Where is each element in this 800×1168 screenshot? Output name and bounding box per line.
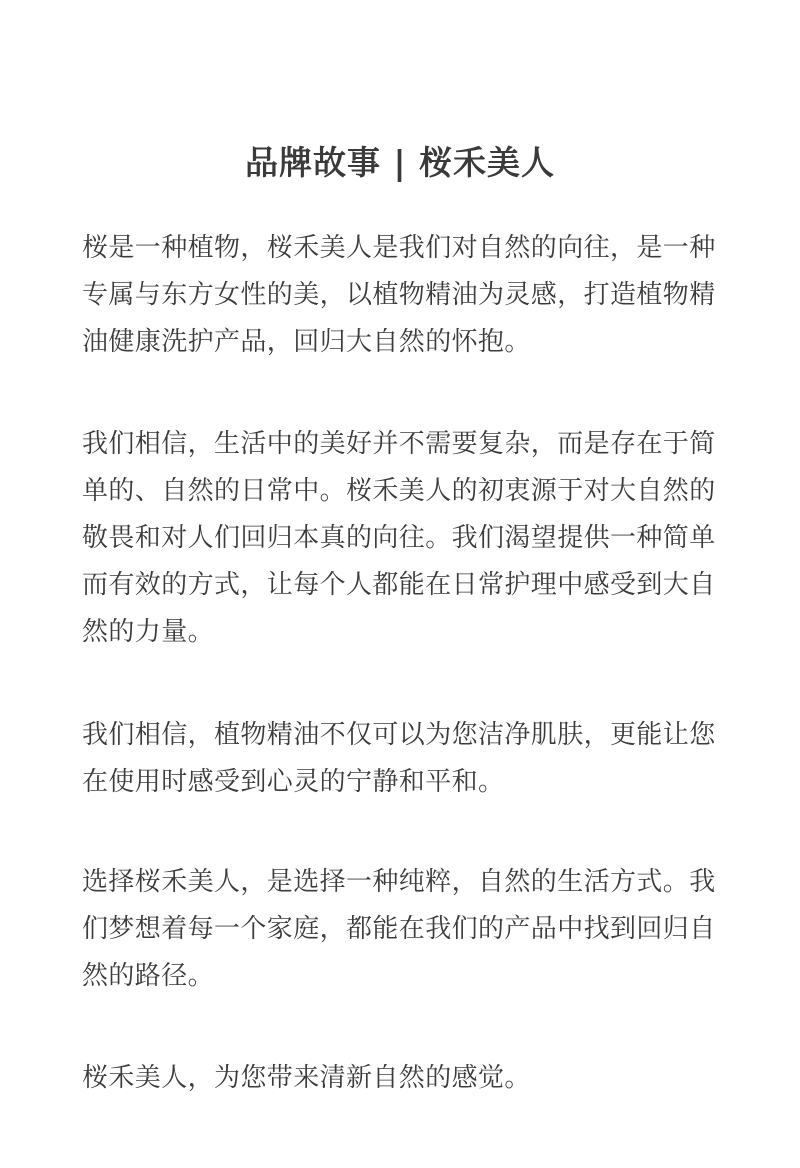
paragraph-closing: 桜禾美人，为您带来清新自然的感觉。 xyxy=(82,1055,732,1102)
text-line: 专属与东方女性的美，以植物精油为灵感，打造植物精 xyxy=(82,272,732,319)
text-line: 我们相信，生活中的美好并不需要复杂，而是存在于简 xyxy=(82,421,732,468)
text-line: 们梦想着每一个家庭，都能在我们的产品中找到回归自 xyxy=(82,906,732,953)
text-line: 敬畏和对人们回归本真的向往。我们渴望提供一种简单 xyxy=(82,515,732,562)
text-line: 单的、自然的日常中。桜禾美人的初衷源于对大自然的 xyxy=(82,468,732,515)
paragraph-belief: 我们相信，生活中的美好并不需要复杂，而是存在于简 单的、自然的日常中。桜禾美人的… xyxy=(82,421,732,656)
text-line: 然的路径。 xyxy=(82,953,732,1000)
text-line: 选择桜禾美人，是选择一种纯粹，自然的生活方式。我 xyxy=(82,859,732,906)
text-line: 在使用时感受到心灵的宁静和平和。 xyxy=(82,759,732,806)
text-line: 我们相信，植物精油不仅可以为您洁净肌肤，更能让您 xyxy=(82,712,732,759)
paragraph-intro: 桜是一种植物，桜禾美人是我们对自然的向往，是一种 专属与东方女性的美，以植物精油… xyxy=(82,225,732,366)
paragraph-essential-oils: 我们相信，植物精油不仅可以为您洁净肌肤，更能让您 在使用时感受到心灵的宁静和平和… xyxy=(82,712,732,806)
paragraph-choice: 选择桜禾美人，是选择一种纯粹，自然的生活方式。我 们梦想着每一个家庭，都能在我们… xyxy=(82,859,732,1000)
text-line: 然的力量。 xyxy=(82,609,732,656)
text-line: 油健康洗护产品，回归大自然的怀抱。 xyxy=(82,319,732,366)
text-line: 桜是一种植物，桜禾美人是我们对自然的向往，是一种 xyxy=(82,225,732,272)
text-line: 桜禾美人，为您带来清新自然的感觉。 xyxy=(82,1055,732,1102)
text-line: 而有效的方式，让每个人都能在日常护理中感受到大自 xyxy=(82,562,732,609)
page-title: 品牌故事 | 桜禾美人 xyxy=(0,140,800,186)
